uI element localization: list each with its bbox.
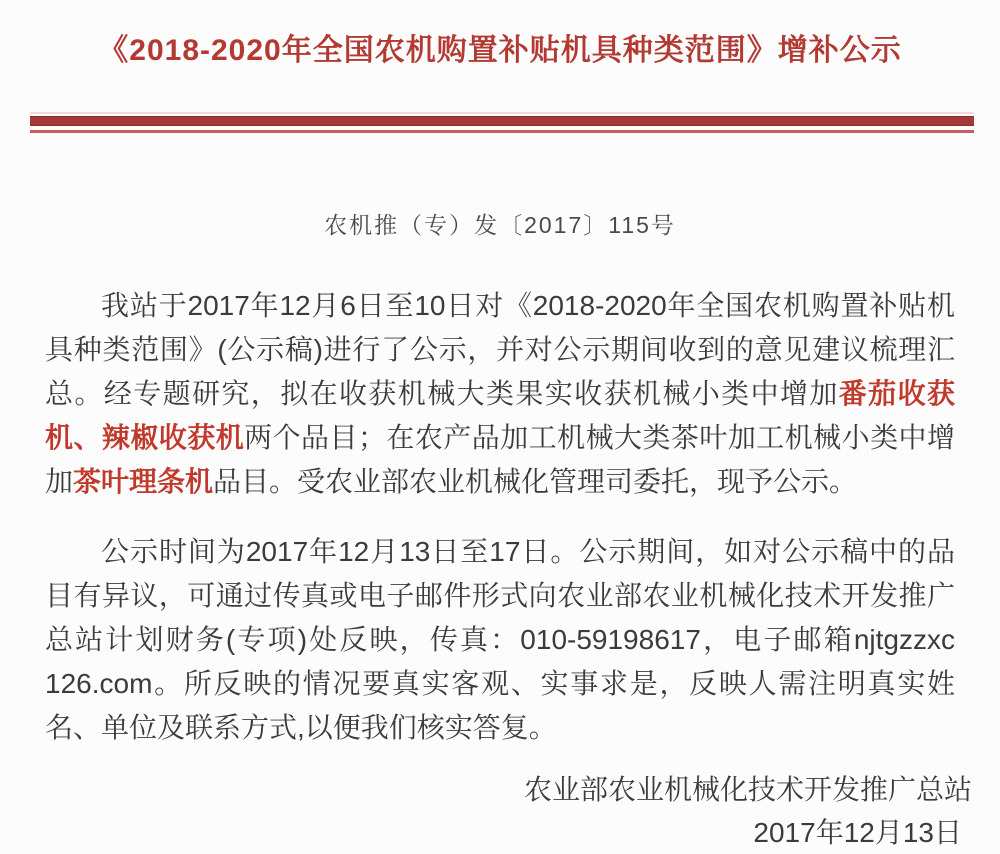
rule-thick-line xyxy=(30,116,974,126)
p1-text-1: 我站于2017年12月6日至10日对《2018-2020年全国农机购置补贴机具种… xyxy=(45,290,955,409)
p1-highlight-tea-strip-machine: 茶叶理条机 xyxy=(73,466,213,497)
p1-text-3: 品目。受农业部农业机械化管理司委托，现予公示。 xyxy=(213,466,857,497)
issue-date: 2017年12月13日 xyxy=(0,812,1000,854)
red-double-rule xyxy=(30,112,974,133)
paragraph-1: 我站于2017年12月6日至10日对《2018-2020年全国农机购置补贴机具种… xyxy=(45,284,955,504)
rule-thin-line xyxy=(30,130,974,133)
rule-faint-line xyxy=(30,112,974,114)
paragraph-2: 公示时间为2017年12月13日至17日。公示期间，如对公示稿中的品目有异议，可… xyxy=(45,530,955,750)
notice-document: 《2018-2020年全国农机购置补贴机具种类范围》增补公示 农机推（专）发〔2… xyxy=(0,0,1000,854)
issuer-signature: 农业部农业机械化技术开发推广总站 xyxy=(0,768,1000,812)
document-number: 农机推（专）发〔2017〕115号 xyxy=(0,207,1000,240)
document-title: 《2018-2020年全国农机购置补贴机具种类范围》增补公示 xyxy=(0,0,1000,72)
